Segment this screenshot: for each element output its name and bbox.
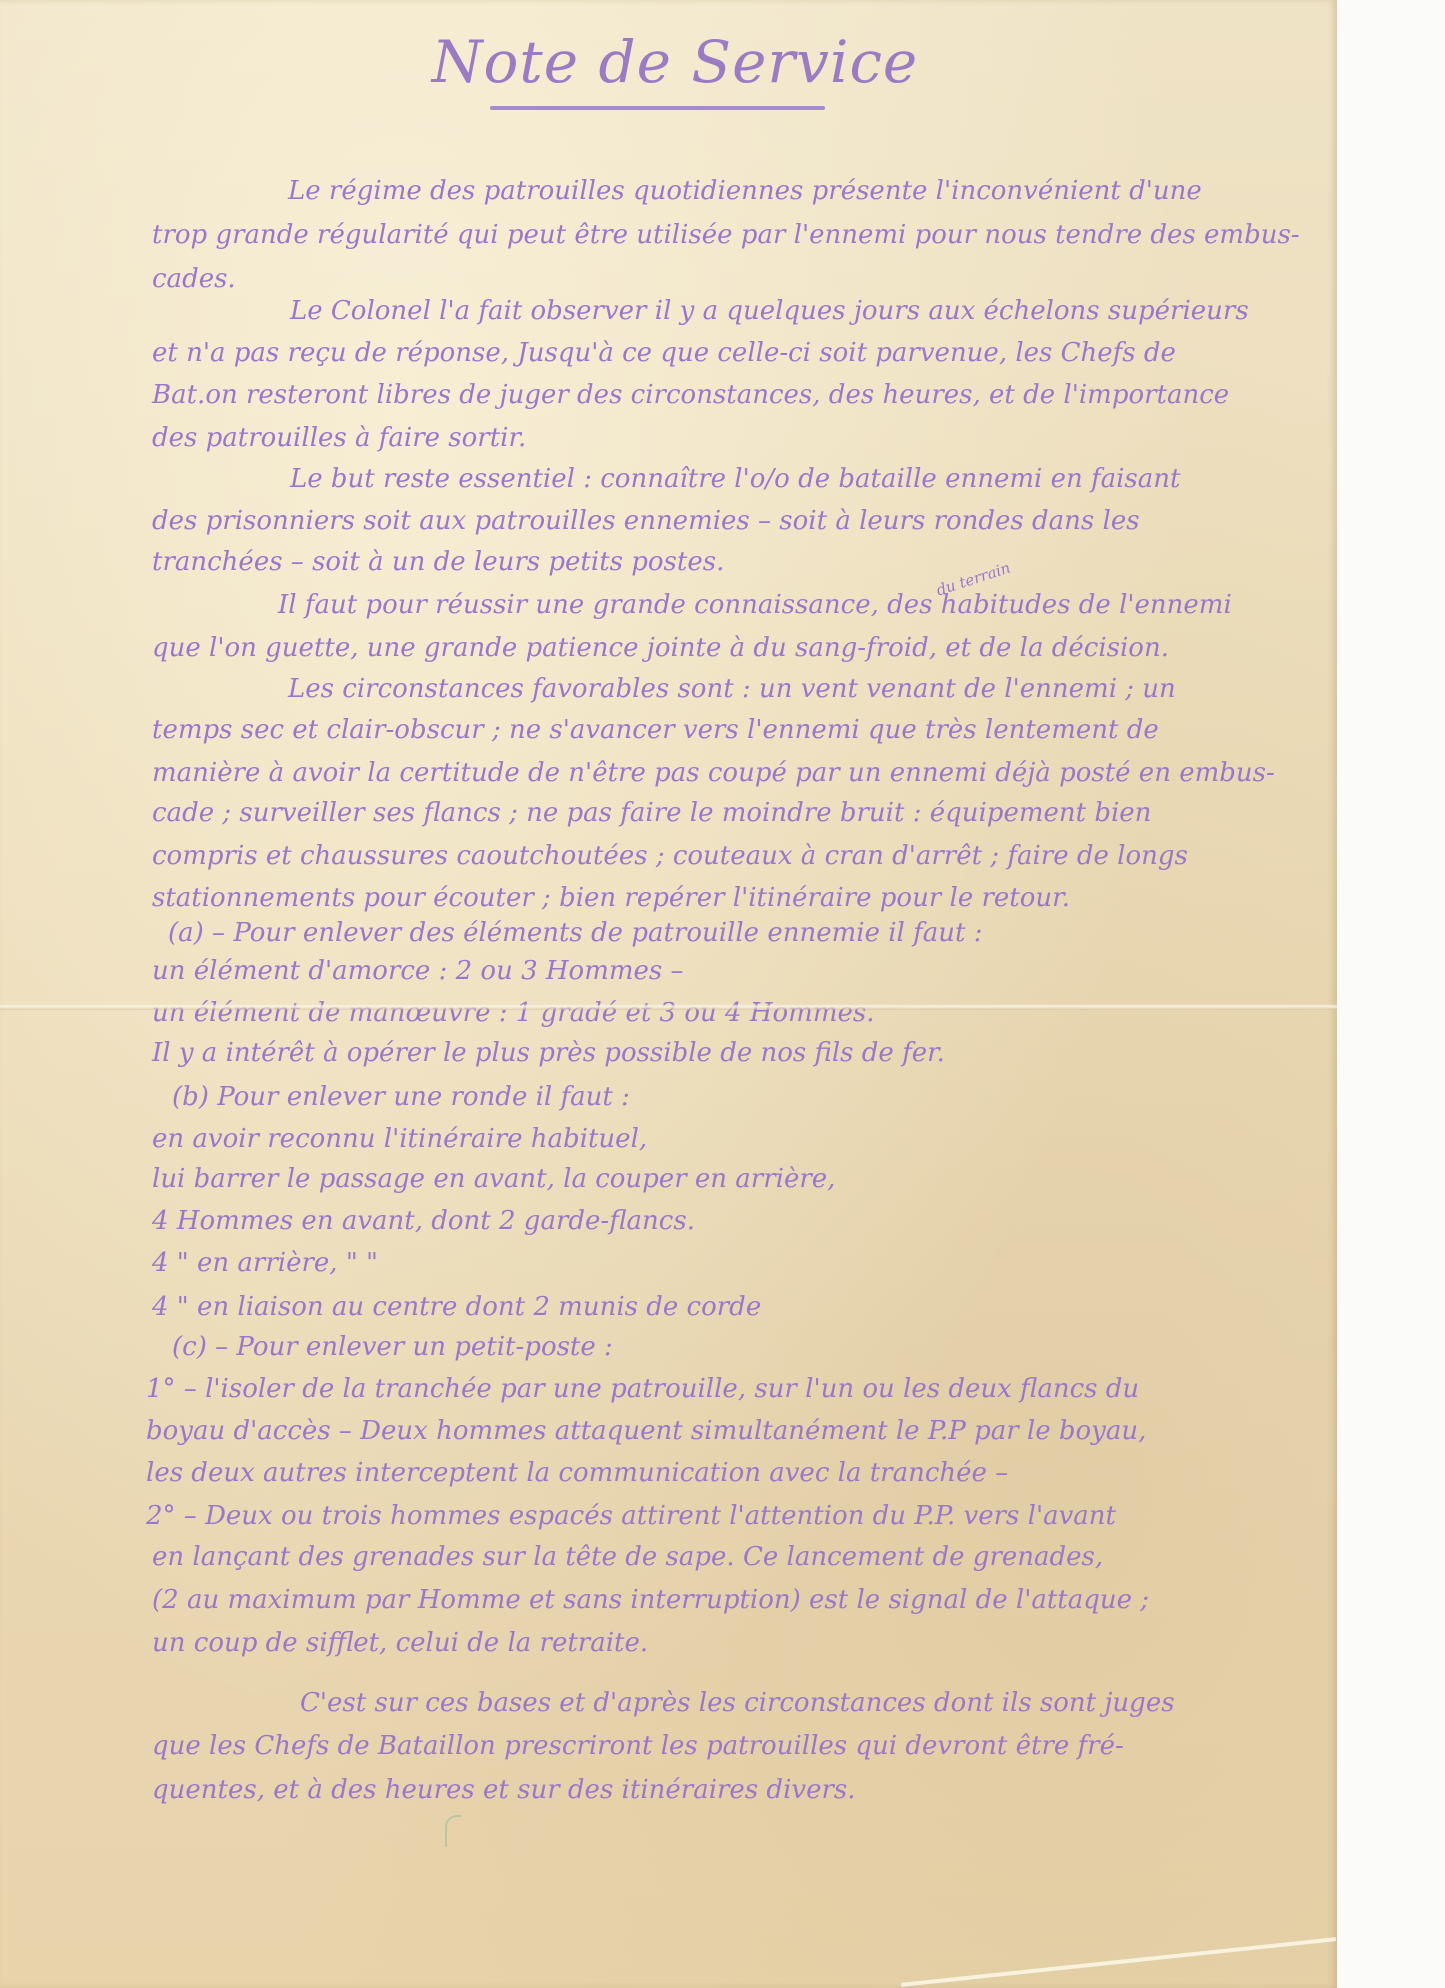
handwritten-line: C'est sur ces bases et d'après les circo… xyxy=(300,1690,1175,1716)
document-page: Note de Service Le régime des patrouille… xyxy=(0,0,1337,1988)
handwritten-line: (c) – Pour enlever un petit-poste : xyxy=(172,1334,613,1360)
handwritten-line: compris et chaussures caoutchoutées ; co… xyxy=(152,843,1188,869)
handwritten-line: Il faut pour réussir une grande connaiss… xyxy=(278,592,1232,618)
handwritten-line: et n'a pas reçu de réponse, Jusqu'à ce q… xyxy=(152,340,1176,366)
paper-fold-crease xyxy=(0,1004,1337,1010)
handwritten-line: 4 " en arrière, " " xyxy=(152,1250,378,1276)
scan-background xyxy=(1337,0,1445,1988)
handwritten-line: 4 Hommes en avant, dont 2 garde-flancs. xyxy=(152,1208,695,1234)
handwritten-line: Le but reste essentiel : connaître l'o/o… xyxy=(290,466,1180,492)
handwritten-line: lui barrer le passage en avant, la coupe… xyxy=(152,1166,835,1192)
handwritten-line: quentes, et à des heures et sur des itin… xyxy=(152,1777,856,1803)
handwritten-line: 4 " en liaison au centre dont 2 munis de… xyxy=(152,1294,761,1320)
handwritten-line: des prisonniers soit aux patrouilles enn… xyxy=(152,508,1140,534)
handwritten-line: temps sec et clair-obscur ; ne s'avancer… xyxy=(152,717,1159,743)
handwritten-line: boyau d'accès – Deux hommes attaquent si… xyxy=(146,1418,1146,1444)
handwritten-line: les deux autres interceptent la communic… xyxy=(146,1460,1008,1486)
handwritten-line: des patrouilles à faire sortir. xyxy=(152,425,526,451)
handwritten-line: 2° – Deux ou trois hommes espacés attire… xyxy=(146,1503,1116,1529)
handwritten-line: manière à avoir la certitude de n'être p… xyxy=(152,760,1275,786)
handwritten-line: stationnements pour écouter ; bien repér… xyxy=(152,885,1070,911)
handwritten-line: que l'on guette, une grande patience joi… xyxy=(152,635,1169,661)
handwritten-line: en lançant des grenades sur la tête de s… xyxy=(152,1544,1103,1570)
handwritten-line: trop grande régularité qui peut être uti… xyxy=(152,222,1300,248)
handwritten-line: Le Colonel l'a fait observer il y a quel… xyxy=(290,298,1249,324)
handwritten-line: Bat.on resteront libres de juger des cir… xyxy=(152,382,1229,408)
handwritten-line: que les Chefs de Bataillon prescriront l… xyxy=(152,1733,1124,1759)
document-title: Note de Service xyxy=(415,28,935,96)
handwritten-line: 1° – l'isoler de la tranchée par une pat… xyxy=(146,1376,1139,1402)
green-pencil-mark xyxy=(445,1815,461,1847)
handwritten-line: cades. xyxy=(152,266,236,292)
title-underline xyxy=(490,106,825,110)
handwritten-line: cade ; surveiller ses flancs ; ne pas fa… xyxy=(152,800,1151,826)
handwritten-line: (b) Pour enlever une ronde il faut : xyxy=(172,1084,630,1110)
handwritten-line: Le régime des patrouilles quotidiennes p… xyxy=(288,178,1202,204)
handwritten-line: (a) – Pour enlever des éléments de patro… xyxy=(168,920,982,946)
handwritten-line: en avoir reconnu l'itinéraire habituel, xyxy=(152,1126,647,1152)
handwritten-line: (2 au maximum par Homme et sans interrup… xyxy=(152,1587,1149,1613)
paper-corner-crease xyxy=(901,1937,1336,1987)
handwritten-line: Il y a intérêt à opérer le plus près pos… xyxy=(152,1040,945,1066)
handwritten-line: un élément d'amorce : 2 ou 3 Hommes – xyxy=(152,958,684,984)
handwritten-line: Les circonstances favorables sont : un v… xyxy=(288,676,1176,702)
handwritten-line: tranchées – soit à un de leurs petits po… xyxy=(152,549,724,575)
handwritten-line: un coup de sifflet, celui de la retraite… xyxy=(152,1630,648,1656)
